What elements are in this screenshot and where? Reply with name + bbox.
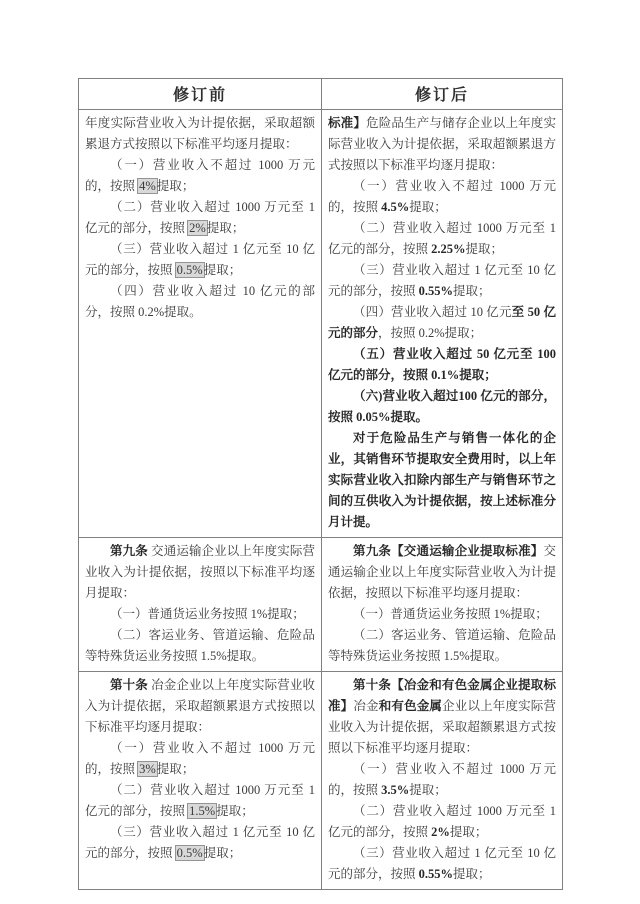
cell-after-article9: 第九条【交通运输企业提取标准】交通运输企业以上年度实际营业收入为计提依据，按照以… — [322, 538, 563, 672]
paragraph: （三）营业收入超过 1 亿元至 10 亿元的部分，按照 0.55%提取； — [328, 260, 556, 302]
paragraph: （一）普通货运业务按照 1%提取； — [328, 604, 556, 625]
document-page: 修订前 修订后 年度实际营业收入为计提依据，采取超额累退方式按照以下标准平均逐月… — [0, 0, 640, 904]
cell-before-article9: 第九条 交通运输企业以上年度实际营业收入为计提依据，按照以下标准平均逐月提取：（… — [79, 538, 322, 672]
highlighted-value: 3% — [138, 762, 157, 776]
column-header-after: 修订后 — [322, 79, 563, 110]
text-run: 提取； — [216, 804, 254, 818]
text-run: 对于危险品生产与销售一体化的企业，其销售环节提取安全费用时，以上年实际营业收入扣… — [328, 431, 556, 529]
text-run: （二）客运业务、管道运输、危险品等特殊货运业务按照 1.5%提取。 — [328, 628, 556, 663]
paragraph: （一）营业收入不超过 1000 万元的，按照 4.5%提取； — [328, 176, 556, 218]
text-run: （一）营业收入不超过 1000 万元的，按照 — [85, 158, 315, 193]
paragraph: （二）营业收入超过 1000 万元至 1 亿元的部分，按照 2%提取； — [85, 197, 315, 239]
paragraph: 第九条【交通运输企业提取标准】交通运输企业以上年度实际营业收入为计提依据，按照以… — [328, 541, 556, 604]
text-run: （六)营业收入超过100 亿元的部分，按照 0.05%提取。 — [328, 389, 556, 424]
cell-after-article8: 标准】危险品生产与储存企业以上年度实际营业收入为计提依据，采取超额累退方式按照以… — [322, 110, 563, 538]
text-run: （一）普通货运业务按照 1%提取； — [110, 607, 305, 621]
paragraph: （二）营业收入超过 1000 万元至 1 亿元的部分，按照 1.5%提取； — [85, 780, 315, 822]
table-row: 第九条 交通运输企业以上年度实际营业收入为计提依据，按照以下标准平均逐月提取：（… — [79, 538, 563, 672]
paragraph: 年度实际营业收入为计提依据，采取超额累退方式按照以下标准平均逐月提取： — [85, 113, 315, 155]
paragraph: （一）营业收入不超过 1000 万元的，按照 3.5%提取； — [328, 759, 556, 801]
paragraph: （四）营业收入超过 10 亿元的部分，按照 0.2%提取。 — [85, 281, 315, 323]
revision-comparison-table: 修订前 修订后 年度实际营业收入为计提依据，采取超额累退方式按照以下标准平均逐月… — [78, 78, 563, 890]
highlighted-value: 2% — [188, 221, 207, 235]
text-run: 3.5% — [381, 783, 409, 797]
text-run: 提取； — [466, 242, 504, 256]
highlighted-value: 0.5% — [176, 846, 204, 860]
table-row: 第十条 冶金企业以上年度实际营业收入为计提依据，采取超额累退方式按照以下标准平均… — [79, 672, 563, 890]
paragraph: （二）营业收入超过 1000 万元至 1 亿元的部分，按照 2.25%提取； — [328, 218, 556, 260]
text-run: 2.25% — [431, 242, 465, 256]
paragraph: 对于危险品生产与销售一体化的企业，其销售环节提取安全费用时，以上年实际营业收入扣… — [328, 428, 556, 533]
paragraph: 第九条 交通运输企业以上年度实际营业收入为计提依据，按照以下标准平均逐月提取： — [85, 541, 315, 604]
cell-before-article10: 第十条 冶金企业以上年度实际营业收入为计提依据，采取超额累退方式按照以下标准平均… — [79, 672, 322, 890]
highlighted-value: 4% — [138, 179, 157, 193]
text-run: 2% — [431, 825, 450, 839]
text-run: 0.55% — [419, 867, 453, 881]
text-run: 提取； — [450, 825, 488, 839]
text-run: 冶金 — [353, 699, 378, 713]
paragraph: （一）普通货运业务按照 1%提取； — [85, 604, 315, 625]
text-run: 4.5% — [381, 200, 409, 214]
paragraph: （三）营业收入超过 1 亿元至 10 亿元的部分，按照 0.5%提取； — [85, 822, 315, 864]
text-run: （一）普通货运业务按照 1%提取； — [353, 607, 548, 621]
paragraph: 标准】危险品生产与储存企业以上年度实际营业收入为计提依据，采取超额累退方式按照以… — [328, 113, 556, 176]
text-run: 提取； — [204, 263, 242, 277]
text-run: 年度实际营业收入为计提依据，采取超额累退方式按照以下标准平均逐月提取： — [85, 116, 315, 151]
paragraph: （五）营业收入超过 50 亿元至 100 亿元的部分，按照 0.1%提取； — [328, 344, 556, 386]
text-run: （一）营业收入不超过 1000 万元的，按照 — [85, 741, 315, 776]
paragraph: （一）营业收入不超过 1000 万元的，按照 3%提取； — [85, 738, 315, 780]
paragraph: （三）营业收入超过 1 亿元至 10 亿元的部分，按照 0.55%提取； — [328, 843, 556, 885]
text-run: 0.55% — [419, 284, 453, 298]
paragraph: 第十条 冶金企业以上年度实际营业收入为计提依据，采取超额累退方式按照以下标准平均… — [85, 675, 315, 738]
column-header-before: 修订前 — [79, 79, 322, 110]
text-run: 提取； — [409, 200, 447, 214]
highlighted-value: 0.5% — [176, 263, 204, 277]
text-run: 标准】 — [328, 116, 366, 130]
text-run: 提取； — [157, 762, 195, 776]
text-run: （五）营业收入超过 50 亿元至 100 亿元的部分，按照 0.1%提取； — [328, 347, 556, 382]
text-run: ，按照 0.2%提取； — [378, 326, 482, 340]
table-row: 年度实际营业收入为计提依据，采取超额累退方式按照以下标准平均逐月提取：（一）营业… — [79, 110, 563, 538]
paragraph: （三）营业收入超过 1 亿元至 10 亿元的部分，按照 0.5%提取； — [85, 239, 315, 281]
paragraph: （一）营业收入不超过 1000 万元的，按照 4%提取； — [85, 155, 315, 197]
text-run: 提取； — [157, 179, 195, 193]
paragraph: （四）营业收入超过 10 亿元至 50 亿元的部分，按照 0.2%提取； — [328, 302, 556, 344]
paragraph: （二）客运业务、管道运输、危险品等特殊货运业务按照 1.5%提取。 — [85, 625, 315, 667]
text-run: （四）营业收入超过 10 亿元的部分，按照 0.2%提取。 — [85, 284, 315, 319]
text-run: 提取； — [204, 846, 242, 860]
paragraph: （二）客运业务、管道运输、危险品等特殊货运业务按照 1.5%提取。 — [328, 625, 556, 667]
text-run: （二）客运业务、管道运输、危险品等特殊货运业务按照 1.5%提取。 — [85, 628, 315, 663]
text-run: 和有色金属 — [379, 699, 442, 713]
text-run: 第十条 — [110, 678, 148, 692]
paragraph: 第十条【冶金和有色金属企业提取标准】冶金和有色金属企业以上年度实际营业收入为计提… — [328, 675, 556, 759]
paragraph: （六)营业收入超过100 亿元的部分，按照 0.05%提取。 — [328, 386, 556, 428]
text-run: 提取； — [409, 783, 447, 797]
text-run: （四）营业收入超过 10 亿元 — [353, 305, 512, 319]
text-run: 提取； — [453, 284, 491, 298]
header-row: 修订前 修订后 — [79, 79, 563, 110]
text-run: 提取； — [453, 867, 491, 881]
text-run: 第九条【交通运输企业提取标准】 — [353, 544, 543, 558]
text-run: 第九条 — [110, 544, 148, 558]
highlighted-value: 1.5% — [188, 804, 216, 818]
cell-before-article8: 年度实际营业收入为计提依据，采取超额累退方式按照以下标准平均逐月提取：（一）营业… — [79, 110, 322, 538]
cell-after-article10: 第十条【冶金和有色金属企业提取标准】冶金和有色金属企业以上年度实际营业收入为计提… — [322, 672, 563, 890]
paragraph: （二）营业收入超过 1000 万元至 1 亿元的部分，按照 2%提取； — [328, 801, 556, 843]
text-run: 提取； — [207, 221, 245, 235]
